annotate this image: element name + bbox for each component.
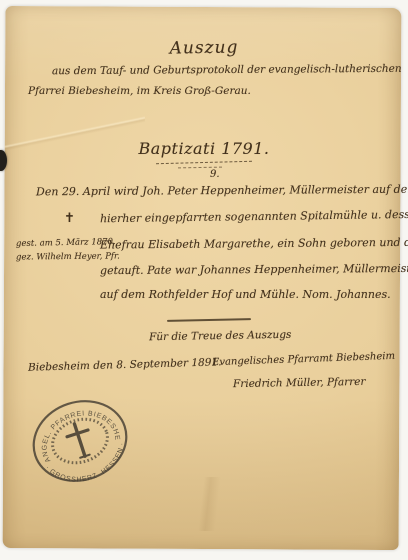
margin-note-line-1: gest. am 5. März 1870. xyxy=(16,237,116,249)
parish-stamp: EVANGEL. PFARREI BIEBESHEIM · GROSSHERZ.… xyxy=(23,391,137,491)
svg-text:· GROSSHERZ. HESSEN ·: · GROSSHERZ. HESSEN · xyxy=(43,440,134,491)
subtitle-line-2: Pfarrei Biebesheim, im Kreis Groß-Gerau. xyxy=(28,85,251,97)
signature-line: Friedrich Müller, Pfarrer xyxy=(233,376,366,390)
body-line: getauft. Pate war Johannes Heppenheimer,… xyxy=(100,262,408,277)
stamp-text-bottom: · GROSSHERZ. HESSEN · xyxy=(43,440,134,491)
margin-note-line-2: gez. Wilhelm Heyer, Pfr. xyxy=(16,251,120,262)
attestation-line: Für die Treue des Auszugs xyxy=(149,329,292,343)
cross-icon xyxy=(64,420,95,459)
body-line: Den 29. April wird Joh. Peter Heppenheim… xyxy=(36,183,408,199)
body-line: auf dem Rothfelder Hof und Mühle. Nom. J… xyxy=(100,288,391,301)
cross-icon: ✝ xyxy=(64,211,75,226)
section-heading: Baptizati 1791. xyxy=(0,139,408,158)
document-scan: Auszug aus dem Tauf- und Geburtsprotokol… xyxy=(0,0,408,560)
body-line: Ehefrau Elisabeth Margarethe, ein Sohn g… xyxy=(100,235,408,251)
entry-number: 9. xyxy=(210,169,220,180)
subtitle-line-1: aus dem Tauf- und Geburtsprotokoll der e… xyxy=(52,63,402,77)
